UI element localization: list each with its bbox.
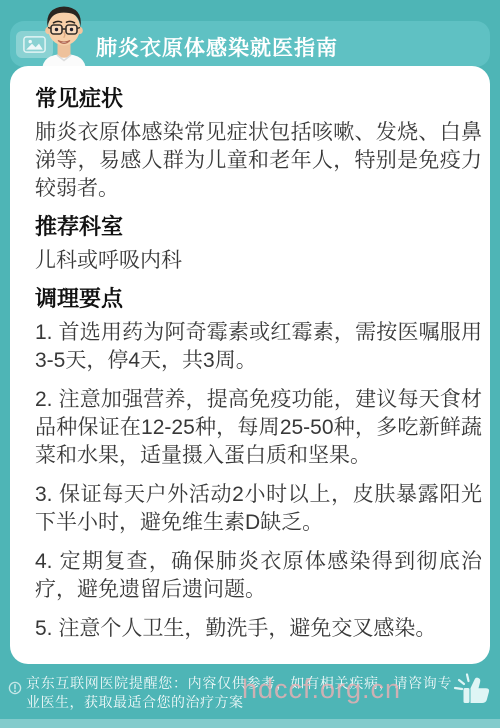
- page-title: 肺炎衣原体感染就医指南: [96, 32, 338, 62]
- watermark: hdccf.org.cn: [242, 674, 401, 705]
- department-paragraph: 儿科或呼吸内科: [35, 247, 482, 275]
- care-point-5: 5. 注意个人卫生，勤洗手，避免交叉感染。: [35, 615, 482, 643]
- info-icon: [8, 681, 22, 695]
- care-point-4: 4. 定期复查，确保肺炎衣原体感染得到彻底治疗，避免遗留后遗问题。: [35, 548, 482, 604]
- section-heading-department: 推荐科室: [35, 214, 465, 239]
- doctor-avatar: [28, 1, 100, 71]
- thumbs-up-icon[interactable]: [450, 668, 494, 708]
- care-point-3: 3. 保证每天户外活动2小时以上，皮肤暴露阳光下半小时，避免维生素D缺乏。: [35, 481, 482, 537]
- care-point-2: 2. 注意加强营养，提高免疫功能，建议每天食材品种保证在12-25种，每周25-…: [35, 386, 482, 470]
- care-point-1: 1. 首选用药为阿奇霉素或红霉素，需按医嘱服用3-5天，停4天，共3周。: [35, 319, 482, 375]
- section-heading-care: 调理要点: [35, 286, 465, 311]
- content-card: 常见症状 肺炎衣原体感染常见症状包括咳嗽、发烧、白鼻涕等，易感人群为儿童和老年人…: [10, 66, 490, 664]
- section-heading-symptoms: 常见症状: [35, 86, 465, 111]
- symptoms-paragraph: 肺炎衣原体感染常见症状包括咳嗽、发烧、白鼻涕等，易感人群为儿童和老年人，特别是免…: [35, 119, 482, 203]
